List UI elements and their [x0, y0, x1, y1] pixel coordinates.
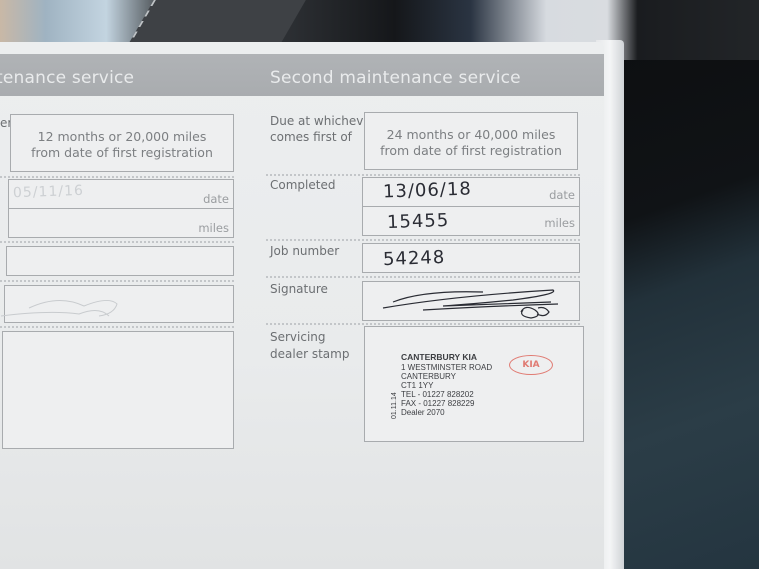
stamp-tel: TEL - 01227 828202: [401, 390, 474, 399]
second-date-unit: date: [549, 188, 575, 202]
completed-label: Completed: [270, 176, 335, 194]
divider: [266, 276, 580, 278]
stamp-postcode: CT1 1YY: [401, 381, 433, 390]
divider: [0, 326, 234, 328]
completed-date-value: 13/06/18: [383, 178, 473, 202]
signature-scribble: [363, 282, 579, 320]
first-date-unit: date: [203, 192, 229, 206]
first-interval-line1: 12 months or 20,000 miles: [11, 129, 233, 145]
signature-field[interactable]: [362, 281, 580, 321]
first-interval-line2: from date of first registration: [11, 145, 233, 161]
stamp-fax: FAX - 01227 828229: [401, 399, 474, 408]
job-number-label: Job number: [270, 242, 339, 260]
completed-miles-value: 15455: [387, 210, 450, 233]
stamp-dealer-number: Dealer 2070: [401, 408, 445, 417]
second-interval-line2: from date of first registration: [365, 143, 577, 159]
stamp-label-2: dealer stamp: [270, 345, 349, 363]
first-miles-unit: miles: [198, 221, 229, 235]
second-miles-unit: miles: [544, 216, 575, 230]
service-booklet-page: tenance service Second maintenance servi…: [0, 42, 604, 569]
first-service-title: tenance service: [0, 68, 134, 88]
first-job-number-field[interactable]: [6, 246, 234, 276]
stamp-address-2: CANTERBURY: [401, 372, 456, 381]
completed-miles-field[interactable]: 15455 miles: [362, 206, 580, 236]
second-interval-line1: 24 months or 40,000 miles: [365, 127, 577, 143]
first-interval-box: 12 months or 20,000 miles from date of f…: [10, 114, 234, 172]
kia-logo-icon: KIA: [509, 355, 553, 375]
job-number-field[interactable]: 54248: [362, 243, 580, 273]
stamp-dealer-name: CANTERBURY KIA: [401, 353, 477, 362]
divider: [0, 176, 234, 178]
divider: [266, 239, 580, 241]
second-due-label-2: comes first of: [270, 128, 352, 146]
signature-label: Signature: [270, 280, 328, 298]
stamp-address-1: 1 WESTMINSTER ROAD: [401, 363, 492, 372]
completed-date-field[interactable]: 13/06/18 date: [362, 177, 580, 207]
first-date-field[interactable]: 05/11/16 date: [8, 179, 234, 209]
first-miles-field[interactable]: miles: [8, 208, 234, 238]
stamp-side-code: 01.11.14: [391, 392, 398, 419]
first-signature-field[interactable]: [4, 285, 234, 323]
dealer-stamp-box: CANTERBURY KIA 1 WESTMINSTER ROAD CANTER…: [364, 326, 584, 442]
first-dealer-stamp-box: [2, 331, 234, 449]
first-date-faint: 05/11/16: [13, 183, 84, 201]
divider: [0, 280, 234, 282]
faint-signature: [0, 286, 129, 322]
job-number-value: 54248: [383, 247, 446, 270]
second-service-title: Second maintenance service: [270, 68, 521, 88]
seatbelt-strap: [126, 0, 306, 48]
divider: [266, 323, 580, 325]
stamp-label-1: Servicing: [270, 328, 326, 346]
second-interval-box: 24 months or 40,000 miles from date of f…: [364, 112, 578, 170]
divider: [0, 241, 234, 243]
header-band: tenance service Second maintenance servi…: [0, 54, 604, 96]
